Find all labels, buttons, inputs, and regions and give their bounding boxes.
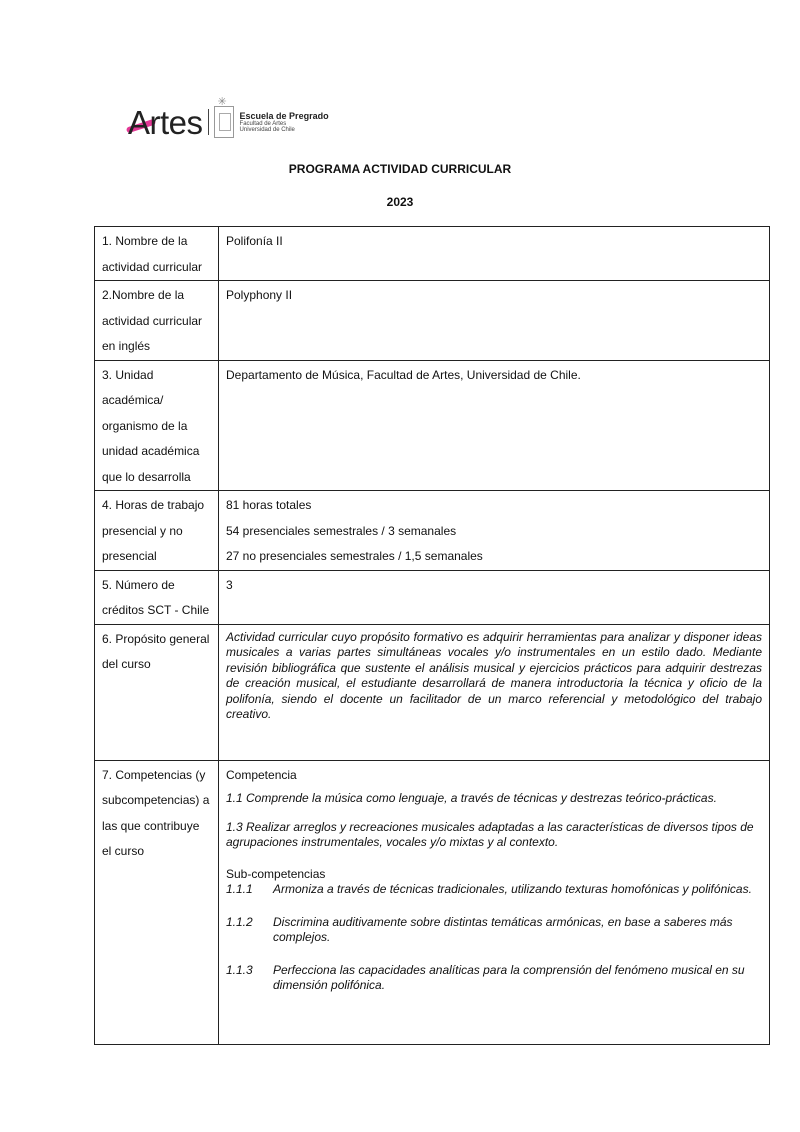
table-row: 3. Unidadacadémica/organismo de launidad… (95, 360, 770, 491)
artes-logo: Artes Escuela de Pregrado Facultad de Ar… (128, 100, 329, 144)
table-row: 1. Nombre de laactividad curricular Poli… (95, 227, 770, 281)
subcompetencia-item: 1.1.1 Armoniza a través de técnicas trad… (226, 882, 762, 897)
university-crest-icon (214, 106, 234, 138)
table-row: 5. Número decréditos SCT - Chile 3 (95, 570, 770, 624)
document-year: 2023 (0, 195, 800, 209)
logo-divider (208, 109, 209, 135)
table-row: 2.Nombre de laactividad curricularen ing… (95, 281, 770, 361)
subcompetencia-item: 1.1.2 Discrimina auditivamente sobre dis… (226, 915, 762, 945)
row-value: Polyphony II (219, 281, 770, 361)
subcompetencias-heading: Sub-competencias (226, 867, 762, 882)
row-label: 3. Unidadacadémica/organismo de launidad… (95, 360, 219, 491)
row-label: 4. Horas de trabajopresencial y nopresen… (95, 491, 219, 571)
row-label: 6. Propósito generaldel curso (95, 624, 219, 760)
row-value: Departamento de Música, Facultad de Arte… (219, 360, 770, 491)
row-value: Competencia 1.1 Comprende la música como… (219, 760, 770, 1044)
row-value: 81 horas totales54 presenciales semestra… (219, 491, 770, 571)
document-title: PROGRAMA ACTIVIDAD CURRICULAR (0, 162, 800, 176)
logo-wordmark: Artes (128, 106, 203, 139)
row-value: Polifonía II (219, 227, 770, 281)
row-label: 5. Número decréditos SCT - Chile (95, 570, 219, 624)
logo-text: Escuela de Pregrado Facultad de Artes Un… (240, 112, 329, 133)
competencia-item: 1.3 Realizar arreglos y recreaciones mus… (226, 820, 762, 850)
subcompetencia-item: 1.1.3 Perfecciona las capacidades analít… (226, 963, 762, 993)
row-label: 7. Competencias (ysubcompetencias) alas … (95, 760, 219, 1044)
purpose-text: Actividad curricular cuyo propósito form… (226, 627, 762, 723)
table-row: 4. Horas de trabajopresencial y nopresen… (95, 491, 770, 571)
program-table: 1. Nombre de laactividad curricular Poli… (94, 226, 770, 1045)
row-value: Actividad curricular cuyo propósito form… (219, 624, 770, 760)
row-value: 3 (219, 570, 770, 624)
row-label: 2.Nombre de laactividad curricularen ing… (95, 281, 219, 361)
table-row: 7. Competencias (ysubcompetencias) alas … (95, 760, 770, 1044)
competencia-heading: Competencia (226, 763, 762, 789)
row-label: 1. Nombre de laactividad curricular (95, 227, 219, 281)
competencia-item: 1.1 Comprende la música como lenguaje, a… (226, 791, 762, 806)
table-row: 6. Propósito generaldel curso Actividad … (95, 624, 770, 760)
